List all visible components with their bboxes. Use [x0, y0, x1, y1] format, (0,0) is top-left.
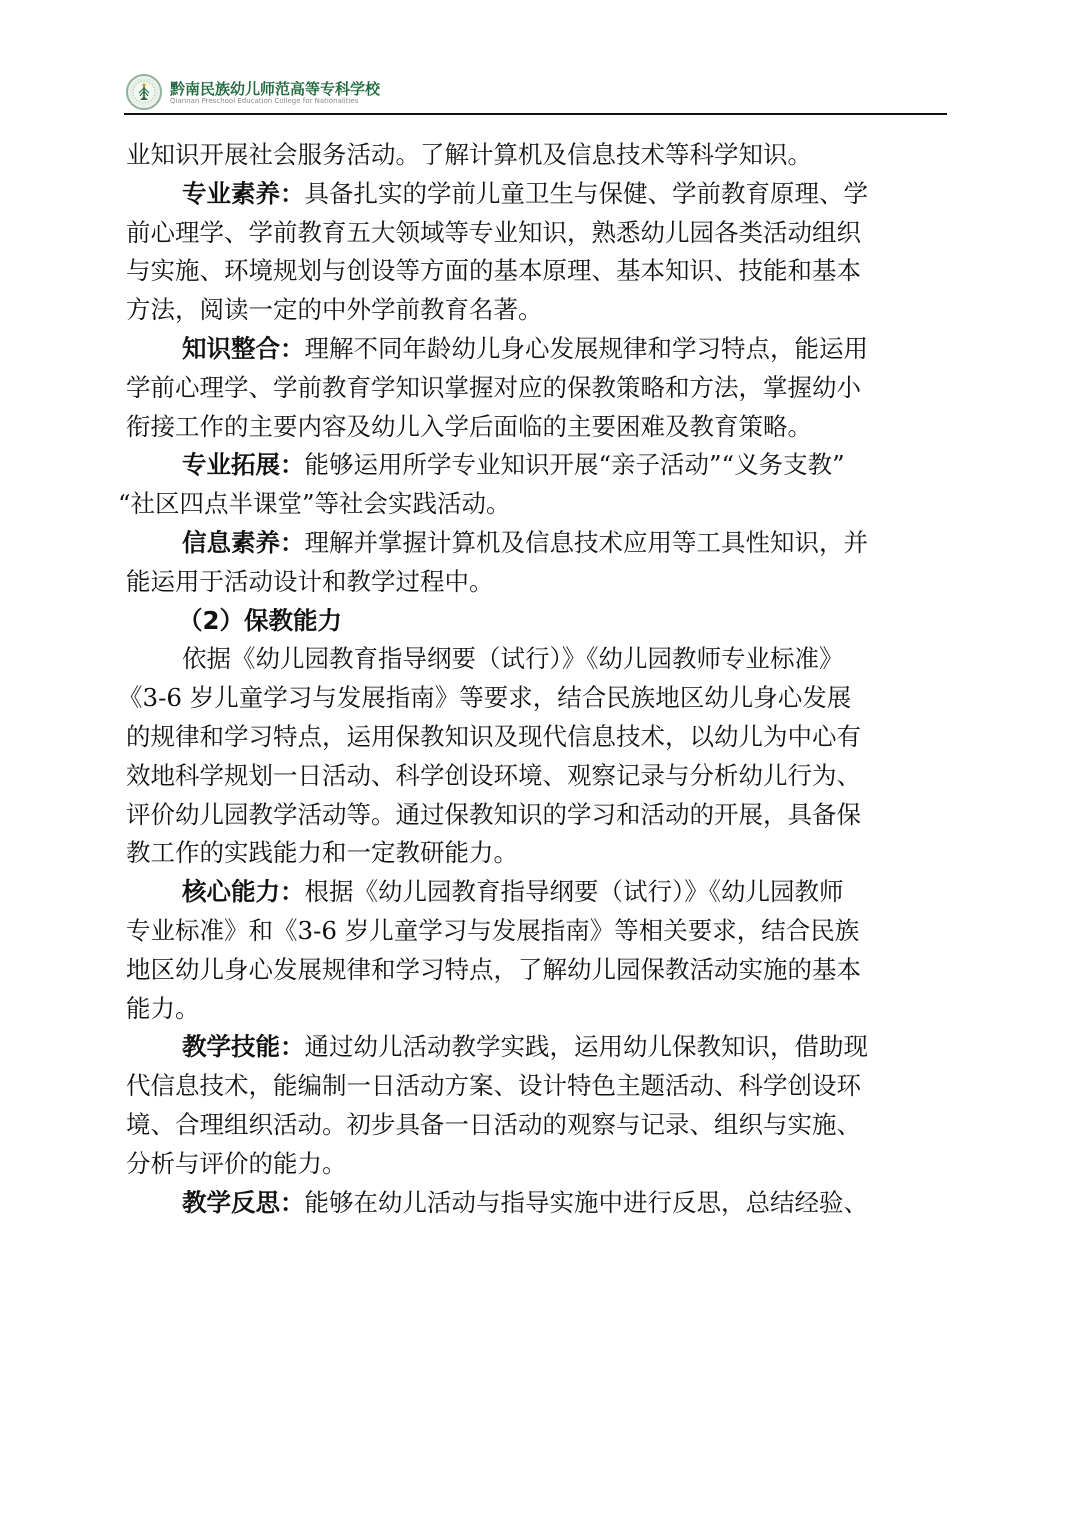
- paragraph-lead: 信息素养：: [182, 528, 305, 557]
- paragraph-professional-literacy: 专业素养：具备扎实的学前儿童卫生与保健、学前教育原理、学 前心理学、学前教育五大…: [126, 175, 946, 330]
- text-line: 专业标准》和《3-6 岁儿童学习与发展指南》等相关要求，结合民族: [126, 912, 946, 951]
- text-line: 衔接工作的主要内容及幼儿入学后面临的主要困难及教育策略。: [126, 408, 946, 447]
- text-line: “社区四点半课堂”等社会实践活动。: [126, 485, 946, 524]
- text-line: 地区幼儿身心发展规律和学习特点，了解幼儿园保教活动实施的基本: [126, 951, 946, 990]
- text-line: 代信息技术，能编制一日活动方案、设计特色主题活动、科学创设环: [126, 1067, 946, 1106]
- text-line: 学前心理学、学前教育学知识掌握对应的保教策略和方法，掌握幼小: [126, 369, 946, 408]
- text-line: 能力。: [126, 990, 946, 1029]
- paragraph-lead: 核心能力：: [182, 877, 305, 906]
- text-line: 前心理学、学前教育五大领域等专业知识，熟悉幼儿园各类活动组织: [126, 214, 946, 253]
- text-line: 理解并掌握计算机及信息技术应用等工具性知识，并: [305, 528, 869, 557]
- paragraph-lead: 专业拓展：: [182, 450, 305, 479]
- text-line: 教工作的实践能力和一定教研能力。: [126, 834, 946, 873]
- school-name-chinese: 黔南民族幼儿师范高等专科学校: [170, 78, 380, 99]
- section-heading: （2）保教能力: [126, 602, 946, 641]
- paragraph-teaching-reflection: 教学反思：能够在幼儿活动与指导实施中进行反思，总结经验、: [126, 1184, 946, 1223]
- paragraph-core-ability: 核心能力：根据《幼儿园教育指导纲要（试行）》《幼儿园教师 专业标准》和《3-6 …: [126, 873, 946, 1028]
- text-line: 效地科学规划一日活动、科学创设环境、观察记录与分析幼儿行为、: [126, 757, 946, 796]
- header-divider: [124, 113, 947, 115]
- paragraph-continuation: 业知识开展社会服务活动。了解计算机及信息技术等科学知识。: [126, 136, 946, 175]
- tree-emblem-icon: [128, 76, 160, 108]
- text-line: 能够在幼儿活动与指导实施中进行反思，总结经验、: [305, 1188, 869, 1217]
- paragraph-professional-expansion: 专业拓展：能够运用所学专业知识开展“亲子活动”“义务支教” “社区四点半课堂”等…: [126, 446, 946, 524]
- text-line: 根据《幼儿园教育指导纲要（试行）》《幼儿园教师: [305, 877, 844, 906]
- text-line: 依据《幼儿园教育指导纲要（试行）》《幼儿园教师专业标准》: [126, 640, 946, 679]
- paragraph-lead: 知识整合：: [182, 334, 305, 363]
- text-line: 通过幼儿活动教学实践，运用幼儿保教知识，借助现: [305, 1032, 869, 1061]
- school-name-english: Qiannan Preschool Education College for …: [170, 97, 358, 105]
- school-emblem-icon: [126, 74, 162, 110]
- text-line: 境、合理组织活动。初步具备一日活动的观察与记录、组织与实施、: [126, 1106, 946, 1145]
- text-line: 业知识开展社会服务活动。了解计算机及信息技术等科学知识。: [126, 136, 946, 175]
- paragraph-lead: 教学技能：: [182, 1032, 305, 1061]
- paragraph-teaching-skills: 教学技能：通过幼儿活动教学实践，运用幼儿保教知识，借助现 代信息技术，能编制一日…: [126, 1028, 946, 1183]
- text-line: 《3-6 岁儿童学习与发展指南》等要求，结合民族地区幼儿身心发展: [126, 679, 946, 718]
- text-line: 具备扎实的学前儿童卫生与保健、学前教育原理、学: [305, 179, 869, 208]
- text-line: 评价幼儿园教学活动等。通过保教知识的学习和活动的开展，具备保: [126, 796, 946, 835]
- paragraph-information-literacy: 信息素养：理解并掌握计算机及信息技术应用等工具性知识，并 能运用于活动设计和教学…: [126, 524, 946, 602]
- text-line: 能够运用所学专业知识开展“亲子活动”“义务支教”: [305, 450, 845, 479]
- paragraph-lead: 专业素养：: [182, 179, 305, 208]
- page-header: 黔南民族幼儿师范高等专科学校 Qiannan Preschool Educati…: [126, 72, 946, 114]
- text-line: 能运用于活动设计和教学过程中。: [126, 563, 946, 602]
- paragraph-care-education-ability: 依据《幼儿园教育指导纲要（试行）》《幼儿园教师专业标准》 《3-6 岁儿童学习与…: [126, 640, 946, 873]
- document-body: 业知识开展社会服务活动。了解计算机及信息技术等科学知识。 专业素养：具备扎实的学…: [126, 136, 946, 1222]
- paragraph-knowledge-integration: 知识整合：理解不同年龄幼儿身心发展规律和学习特点，能运用 学前心理学、学前教育学…: [126, 330, 946, 446]
- text-line: 分析与评价的能力。: [126, 1145, 946, 1184]
- paragraph-lead: 教学反思：: [182, 1188, 305, 1217]
- text-line: 理解不同年龄幼儿身心发展规律和学习特点，能运用: [305, 334, 869, 363]
- text-line: 方法，阅读一定的中外学前教育名著。: [126, 291, 946, 330]
- text-line: 与实施、环境规划与创设等方面的基本原理、基本知识、技能和基本: [126, 252, 946, 291]
- text-line: 的规律和学习特点，运用保教知识及现代信息技术，以幼儿为中心有: [126, 718, 946, 757]
